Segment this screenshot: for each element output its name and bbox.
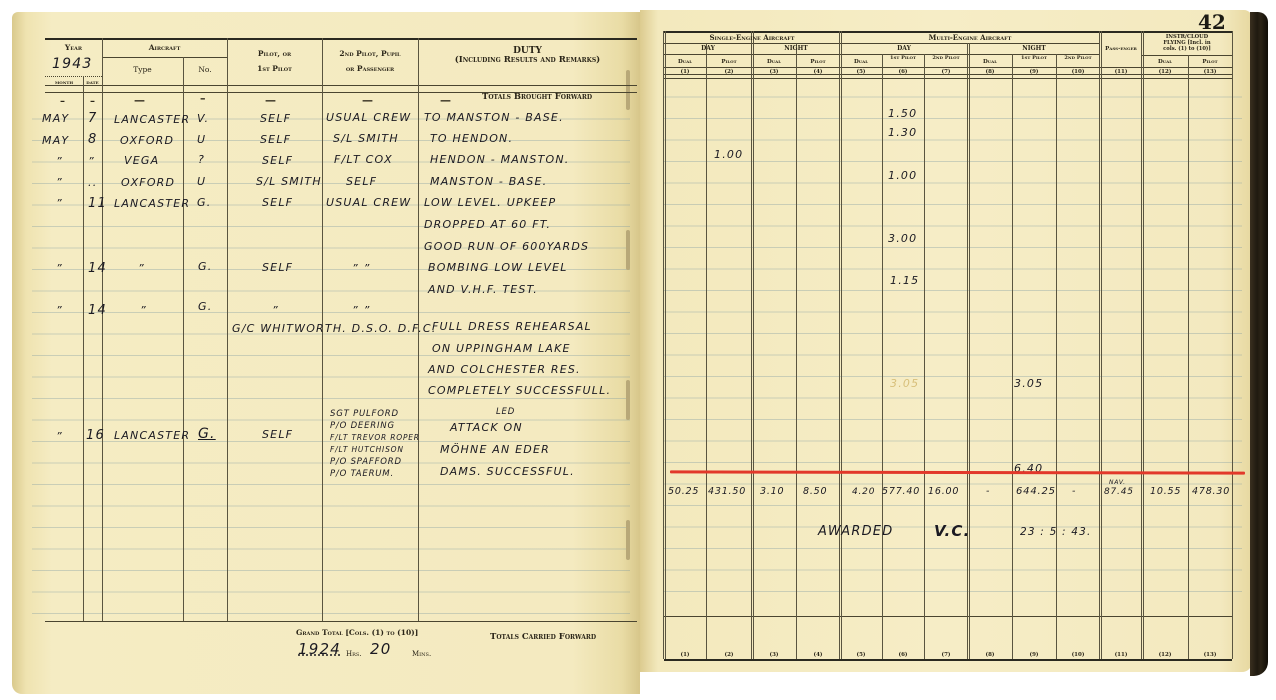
tbf-type: — — [134, 94, 145, 107]
grand-total-minutes: 20 — [370, 640, 392, 658]
duty-header: DUTY (Including Results and Remarks) — [418, 46, 637, 66]
entry-month: MAY — [42, 112, 69, 125]
entry-type: LANCASTER — [114, 197, 190, 210]
tbf-month: – — [60, 96, 65, 107]
time-me-day-1st-pilot: 3.00 — [888, 232, 917, 245]
col-divider — [1188, 55, 1189, 659]
award-date: 23 : 5 : 43. — [1020, 526, 1092, 538]
total-col7: 16.00 — [928, 487, 959, 498]
col-number: (5) — [840, 69, 882, 75]
binding-stitch — [626, 520, 630, 560]
crew-member: SGT PULFORD — [330, 409, 399, 420]
totals-carried-forward-label: Totals Carried Forward — [490, 632, 596, 642]
entry-duty-line: COMPLETELY SUCCESSFULL. — [428, 384, 611, 397]
entry-aircraft-no: ? — [198, 153, 205, 166]
time-me-day-1st-pilot: 1.30 — [888, 126, 917, 139]
entry-duty-line: ON UPPINGHAM LAKE — [432, 342, 571, 355]
grand-total-hours: 1924 — [298, 640, 341, 658]
col-divider — [1056, 54, 1057, 659]
col-number-footer: (6) — [882, 652, 924, 658]
year-header: Year — [45, 44, 102, 53]
book-edge — [1250, 12, 1268, 676]
crew-member: P/O TAERUM. — [330, 469, 394, 480]
entry-duty-line: GOOD RUN OF 600YARDS — [424, 240, 589, 253]
entry-type: OXFORD — [121, 176, 175, 189]
entry-duty: TO MANSTON - BASE. — [424, 111, 564, 124]
total-col11: 87.45 — [1104, 487, 1134, 498]
total-col1: 50.25 — [668, 487, 699, 498]
entry-second: USUAL CREW — [326, 111, 411, 124]
entry-aircraft-no: G. — [198, 300, 212, 313]
entry-duty-line: MÖHNE AN EDER — [440, 443, 550, 456]
col-number: (13) — [1188, 69, 1232, 75]
binding-stitch — [626, 70, 630, 110]
col-divider — [706, 43, 707, 659]
entry-month: ” — [56, 176, 63, 189]
header-rule — [664, 43, 1100, 44]
tbf-date: – — [90, 96, 95, 107]
right-page — [640, 10, 1252, 672]
col-divider — [1012, 54, 1013, 659]
col-divider — [102, 38, 103, 621]
entry-date: 11 — [88, 196, 107, 211]
entry-second: USUAL CREW — [326, 196, 411, 209]
footer-bottom-rule — [664, 659, 1232, 661]
entry-date: 7 — [88, 111, 97, 126]
col-divider — [83, 76, 84, 621]
col2-header: Pilot — [706, 59, 752, 65]
col3-header: Dual — [752, 59, 796, 65]
pilot-header-line2: 1st Pilot — [227, 65, 322, 74]
col-divider — [882, 54, 883, 659]
se-night-header: NIGHT — [752, 46, 840, 53]
entry-duty: MANSTON - BASE. — [430, 175, 547, 188]
col-divider — [1232, 31, 1233, 659]
col-number-footer: (12) — [1142, 652, 1188, 658]
tbf-no: – — [200, 92, 206, 105]
col-divider — [227, 38, 228, 621]
time-me-day-1st-pilot: 1.15 — [890, 274, 919, 287]
total-col3: 3.10 — [760, 487, 784, 498]
col1-header: Dual — [664, 59, 706, 65]
col13-header: Pilot — [1188, 59, 1232, 65]
col-number-footer: (1) — [664, 652, 706, 658]
se-day-header: DAY — [664, 46, 752, 53]
col-divider — [839, 31, 842, 659]
tbf-second: — — [362, 94, 373, 107]
footer-rule — [45, 621, 637, 622]
col5-header: Dual — [840, 59, 882, 65]
entry-pilot: S/L SMITH — [256, 175, 322, 188]
crew-member: P/O DEERING — [330, 421, 395, 432]
col-number-footer: (8) — [968, 652, 1012, 658]
col7-header: 2nd Pilot — [930, 56, 962, 62]
year-rule — [45, 76, 102, 77]
header-bottom-rule — [45, 85, 637, 86]
entry-date: 16 — [86, 428, 105, 443]
entry-pilot: SELF — [262, 196, 293, 209]
entry-duty-line: DAMS. SUCCESSFUL. — [440, 465, 575, 478]
col11-header: Pass-enger — [1104, 46, 1138, 52]
pilot-header: Pilot, or 1st Pilot — [227, 50, 322, 73]
duty-header-line2: (Including Results and Remarks) — [418, 56, 637, 66]
col-divider — [663, 31, 666, 659]
entry-aircraft-no: U — [197, 175, 206, 188]
footer-rule — [664, 616, 1232, 617]
col-divider — [796, 43, 797, 659]
pilot-header-line1: Pilot, or — [227, 50, 322, 59]
entry-type: OXFORD — [120, 134, 174, 147]
second-pilot-header-line2: or Passenger — [322, 65, 418, 74]
col-number: (1) — [664, 69, 706, 75]
entry-duty-line: ATTACK ON — [450, 421, 523, 434]
entry-month: ” — [56, 197, 63, 210]
entry-second: ” ” — [352, 262, 371, 275]
header-rule — [664, 78, 1232, 79]
no-header: No. — [183, 66, 227, 75]
entry-pilot: SELF — [262, 154, 293, 167]
col-number-footer: (2) — [706, 652, 752, 658]
entry-type: LANCASTER — [114, 429, 190, 442]
awarded-remark: AWARDED — [818, 524, 893, 539]
col-number-footer: (5) — [840, 652, 882, 658]
entry-pilot: ” — [272, 304, 279, 317]
entry-pilot: SELF — [262, 261, 293, 274]
time-me-day-1st-pilot-faded: 3.05 — [890, 377, 919, 390]
entry-aircraft-no: G. — [198, 426, 216, 442]
time-se-day-pilot: 1.00 — [714, 148, 743, 161]
entry-second: F/LT COX — [334, 153, 393, 166]
single-engine-header: Single-Engine Aircraft — [664, 34, 840, 42]
col8-header: Dual — [968, 59, 1012, 65]
type-header: Type — [102, 66, 183, 75]
entry-second: ” ” — [352, 304, 371, 317]
col4-header: Pilot — [796, 59, 840, 65]
col-number: (8) — [968, 69, 1012, 75]
col-number-footer: (11) — [1100, 652, 1142, 658]
entry-month: ” — [56, 155, 63, 168]
entry-type: ” — [138, 262, 145, 275]
crew-member: F/LT HUTCHISON — [330, 445, 404, 456]
instr-cloud-line3: cols. (1) to (10)] — [1142, 46, 1232, 52]
second-pilot-header-line1: 2nd Pilot, Pupil — [322, 50, 418, 59]
entry-second: S/L SMITH — [333, 132, 399, 145]
entry-date: 14 — [88, 303, 107, 318]
header-top-rule — [45, 38, 637, 40]
header-rule — [1142, 55, 1232, 56]
entry-pilot: SELF — [262, 428, 293, 441]
col-number: (6) — [882, 69, 924, 75]
entry-month: ” — [56, 304, 63, 317]
month-header: month — [45, 80, 83, 86]
col-divider — [751, 31, 754, 659]
total-col6: 577.40 — [882, 487, 920, 498]
col-number: (3) — [752, 69, 796, 75]
col-number: (4) — [796, 69, 840, 75]
col12-header: Dual — [1142, 59, 1188, 65]
time-me-day-1st-pilot: 1.00 — [888, 169, 917, 182]
col-number-footer: (10) — [1056, 652, 1100, 658]
entry-duty-line: LED — [496, 407, 515, 418]
entry-month: MAY — [42, 134, 69, 147]
entry-aircraft-no: G. — [198, 260, 212, 273]
mins-label: Mins. — [412, 650, 431, 658]
aircraft-header: Aircraft — [102, 44, 227, 53]
date-header: date — [83, 80, 102, 86]
me-night-header: NIGHT — [968, 46, 1100, 53]
entry-duty-line: BOMBING LOW LEVEL — [428, 261, 568, 274]
col-number: (12) — [1142, 69, 1188, 75]
entry-aircraft-no: G. — [197, 196, 211, 209]
entry-aircraft-no: V. — [197, 112, 209, 125]
entry-pilot-note: G/C WHITWORTH. D.S.O. D.F.C. — [232, 322, 436, 335]
grand-total-label: Grand Total [Cols. (1) to (10)] — [296, 628, 418, 637]
entry-duty-line: FULL DRESS REHEARSAL — [432, 320, 592, 333]
year-value: 1943 — [52, 56, 92, 72]
entry-date: ” — [88, 155, 95, 168]
hrs-label: Hrs. — [346, 650, 362, 658]
entry-duty-line: AND V.H.F. TEST. — [428, 283, 538, 296]
entry-duty-line: DROPPED AT 60 FT. — [424, 218, 551, 231]
entry-duty: TO HENDON. — [430, 132, 513, 145]
total-col10: - — [1072, 487, 1076, 498]
total-col2: 431.50 — [708, 487, 746, 498]
col-divider — [967, 43, 970, 659]
entry-pilot: SELF — [260, 133, 291, 146]
crew-member: P/O SPAFFORD — [330, 457, 402, 468]
col10-header: 2nd Pilot — [1062, 56, 1094, 62]
col-number: (7) — [924, 69, 968, 75]
crew-member: F/LT TREVOR ROPER — [330, 433, 420, 444]
binding-stitch — [626, 380, 630, 420]
col-divider — [1099, 31, 1102, 659]
col-number: (11) — [1100, 69, 1142, 75]
col-divider — [924, 54, 925, 659]
col6-header: 1st Pilot — [888, 56, 918, 62]
total-col8: - — [986, 487, 990, 498]
col-number-footer: (9) — [1012, 652, 1056, 658]
total-col12: 10.55 — [1150, 487, 1181, 498]
entry-month: ” — [56, 430, 63, 443]
total-col9: 644.25 — [1016, 487, 1056, 498]
col-number-footer: (3) — [752, 652, 796, 658]
entry-duty-line: LOW LEVEL. UPKEEP — [424, 196, 556, 209]
second-pilot-header: 2nd Pilot, Pupil or Passenger — [322, 50, 418, 73]
col-number: (10) — [1056, 69, 1100, 75]
total-col13: 478.30 — [1192, 487, 1230, 498]
col-number-footer: (7) — [924, 652, 968, 658]
entry-date: .. — [88, 176, 97, 189]
me-day-header: DAY — [840, 46, 968, 53]
entry-pilot: SELF — [260, 112, 291, 125]
instr-cloud-header: INSTR/CLOUD FLYING [Incl. in cols. (1) t… — [1142, 34, 1232, 52]
entry-type: LANCASTER — [114, 113, 190, 126]
col9-header: 1st Pilot — [1018, 56, 1050, 62]
time-me-day-1st-pilot: 1.50 — [888, 107, 917, 120]
binding-stitch — [626, 230, 630, 270]
award-vc: V.C. — [934, 522, 970, 540]
entry-month: ” — [56, 262, 63, 275]
multi-engine-header: Multi-Engine Aircraft — [840, 34, 1100, 42]
total-col5: 4.20 — [852, 487, 875, 498]
tbf-pilot: — — [265, 94, 276, 107]
col-divider — [1141, 31, 1144, 659]
tbf-label: Totals Brought Forward — [482, 92, 592, 102]
col-number: (2) — [706, 69, 752, 75]
time-me-night-1st-pilot: 3.05 — [1014, 377, 1043, 390]
entry-second: SELF — [346, 175, 377, 188]
entry-date: 8 — [88, 132, 97, 147]
entry-type: ” — [140, 304, 147, 317]
col-number-footer: (4) — [796, 652, 840, 658]
entry-date: 14 — [88, 261, 107, 276]
header-rule — [664, 67, 1232, 68]
col-number-footer: (13) — [1188, 652, 1232, 658]
entry-aircraft-no: U — [197, 133, 206, 146]
entry-duty-line: AND COLCHESTER RES. — [428, 363, 581, 376]
col-number: (9) — [1012, 69, 1056, 75]
entry-type: VEGA — [124, 154, 159, 167]
col-divider — [183, 57, 184, 621]
tbf-duty-dash: — — [440, 94, 451, 107]
aircraft-subheader-rule — [102, 57, 227, 58]
total-col4: 8.50 — [803, 487, 827, 498]
entry-duty: HENDON - MANSTON. — [430, 153, 570, 166]
